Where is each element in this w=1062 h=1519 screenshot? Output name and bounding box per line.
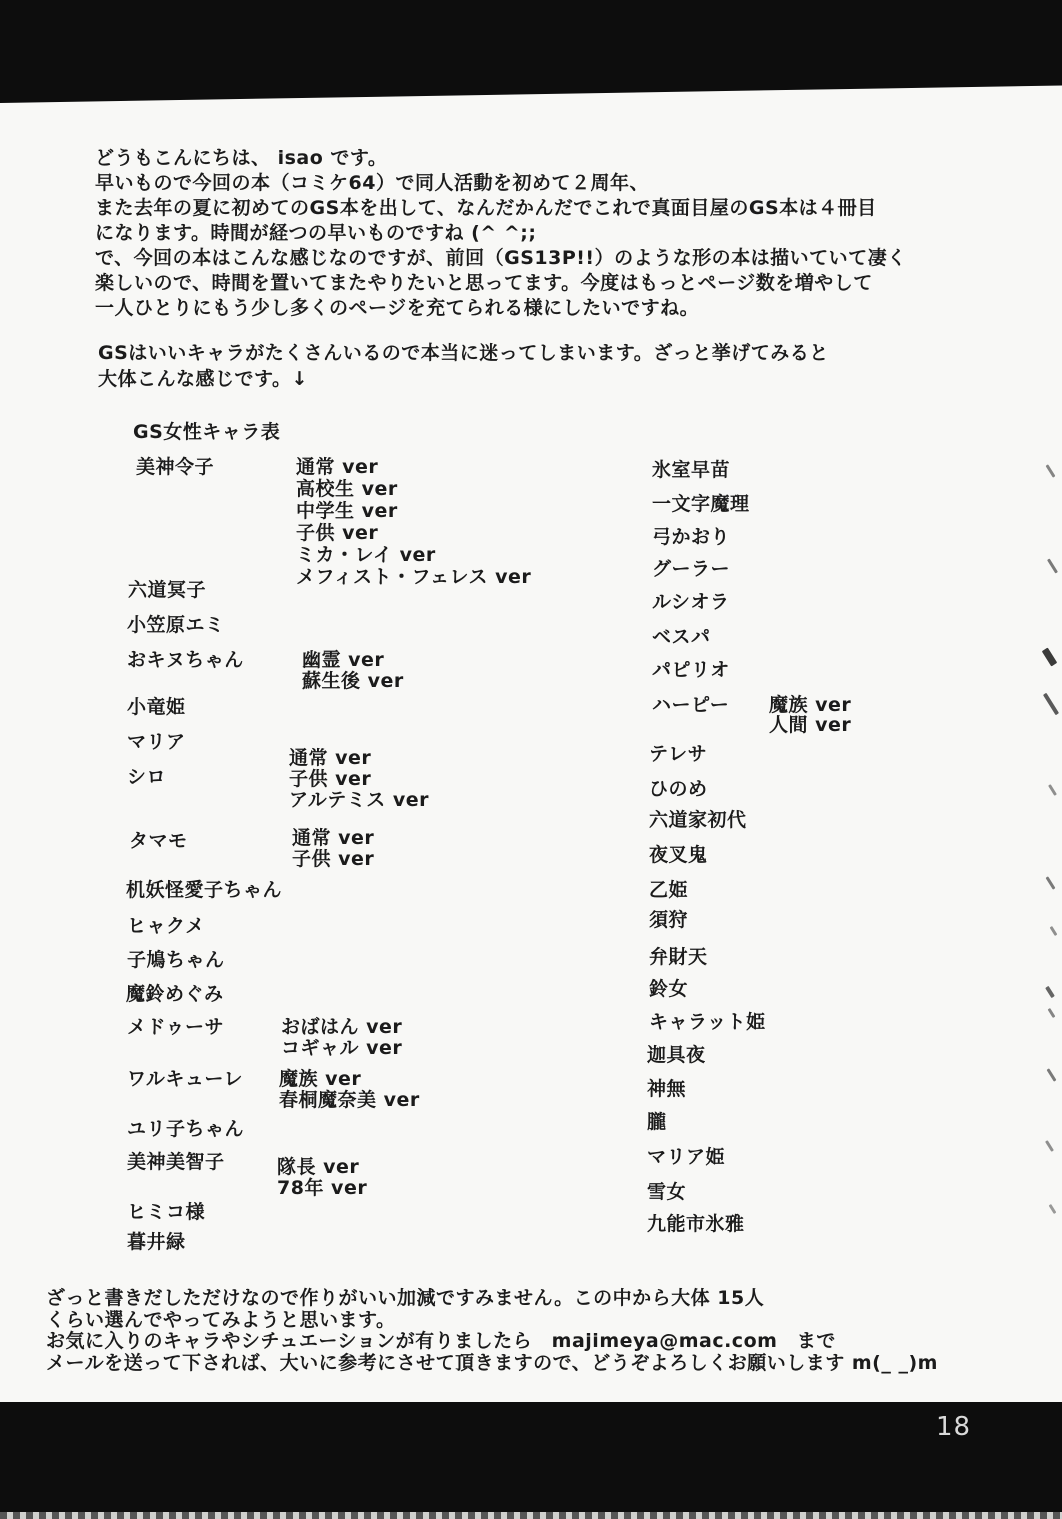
character-name: 須狩	[649, 905, 688, 932]
character-name: 六道冥子	[128, 575, 206, 602]
character-name: ハーピー	[652, 690, 729, 717]
character-name: 神無	[647, 1074, 686, 1101]
character-name: 子鳩ちゃん	[127, 945, 225, 972]
character-version: アルテミス ver	[289, 785, 429, 812]
page-number: 18	[936, 1412, 971, 1442]
character-name: シロ	[127, 762, 166, 789]
bottom-black-band: 18	[0, 1402, 1062, 1512]
character-name: 夜叉鬼	[649, 840, 708, 867]
character-name: 一文字魔理	[652, 489, 750, 516]
character-name: 机妖怪愛子ちゃん	[126, 875, 282, 902]
character-name: タマモ	[129, 826, 188, 853]
character-version: 春桐魔奈美 ver	[279, 1085, 420, 1112]
character-name: 鈴女	[649, 974, 688, 1001]
character-name: メドゥーサ	[127, 1012, 224, 1039]
character-name: ひのめ	[649, 774, 708, 801]
character-name: 九能市氷雅	[647, 1209, 745, 1236]
character-name: 弓かおり	[652, 522, 730, 549]
scanned-doujin-page: どうもこんにちは、 isao です。 早いもので今回の本（コミケ64）で同人活動…	[0, 0, 1062, 1519]
character-name: 迦具夜	[647, 1040, 706, 1067]
character-name: 小笠原エミ	[127, 610, 225, 637]
character-name: 美神令子	[136, 452, 214, 479]
character-name: ルシオラ	[652, 587, 730, 614]
character-name: マリア	[127, 727, 186, 754]
character-version: 子供 ver	[292, 844, 374, 871]
character-version: 78年 ver	[277, 1173, 367, 1200]
character-name: ユリ子ちゃん	[127, 1114, 244, 1141]
character-name: おキヌちゃん	[127, 645, 244, 672]
character-name: ヒャクメ	[127, 911, 205, 938]
character-name: 弁財天	[649, 942, 708, 969]
character-name: ヒミコ様	[127, 1197, 205, 1224]
character-name: 乙姫	[649, 875, 688, 902]
character-name: キャラット姫	[649, 1007, 766, 1034]
character-version: メフィスト・フェレス ver	[296, 562, 531, 589]
character-name: マリア姫	[647, 1142, 725, 1169]
character-name: 氷室早苗	[652, 455, 730, 482]
character-name: パピリオ	[652, 655, 730, 682]
character-version: コギャル ver	[281, 1033, 402, 1060]
character-name: テレサ	[649, 739, 707, 766]
character-version: 蘇生後 ver	[302, 666, 404, 693]
character-name: 小竜姫	[127, 692, 186, 719]
outro-paragraph: ざっと書きだしただけなので作りがいい加減ですみません。この中から大体 15人 く…	[46, 1288, 938, 1374]
character-name: グーラー	[652, 554, 730, 581]
character-name: 六道家初代	[649, 805, 747, 832]
character-version: 人間 ver	[769, 710, 851, 737]
character-name: ワルキューレ	[127, 1064, 243, 1091]
character-name: 魔鈴めぐみ	[126, 979, 224, 1006]
character-name: 美神美智子	[127, 1147, 225, 1174]
character-name: ベスパ	[652, 622, 711, 649]
character-name: 暮井緑	[127, 1227, 186, 1254]
character-name: 朧	[647, 1107, 667, 1134]
character-name: 雪女	[647, 1177, 686, 1204]
page-bottom-edge	[0, 1512, 1062, 1519]
